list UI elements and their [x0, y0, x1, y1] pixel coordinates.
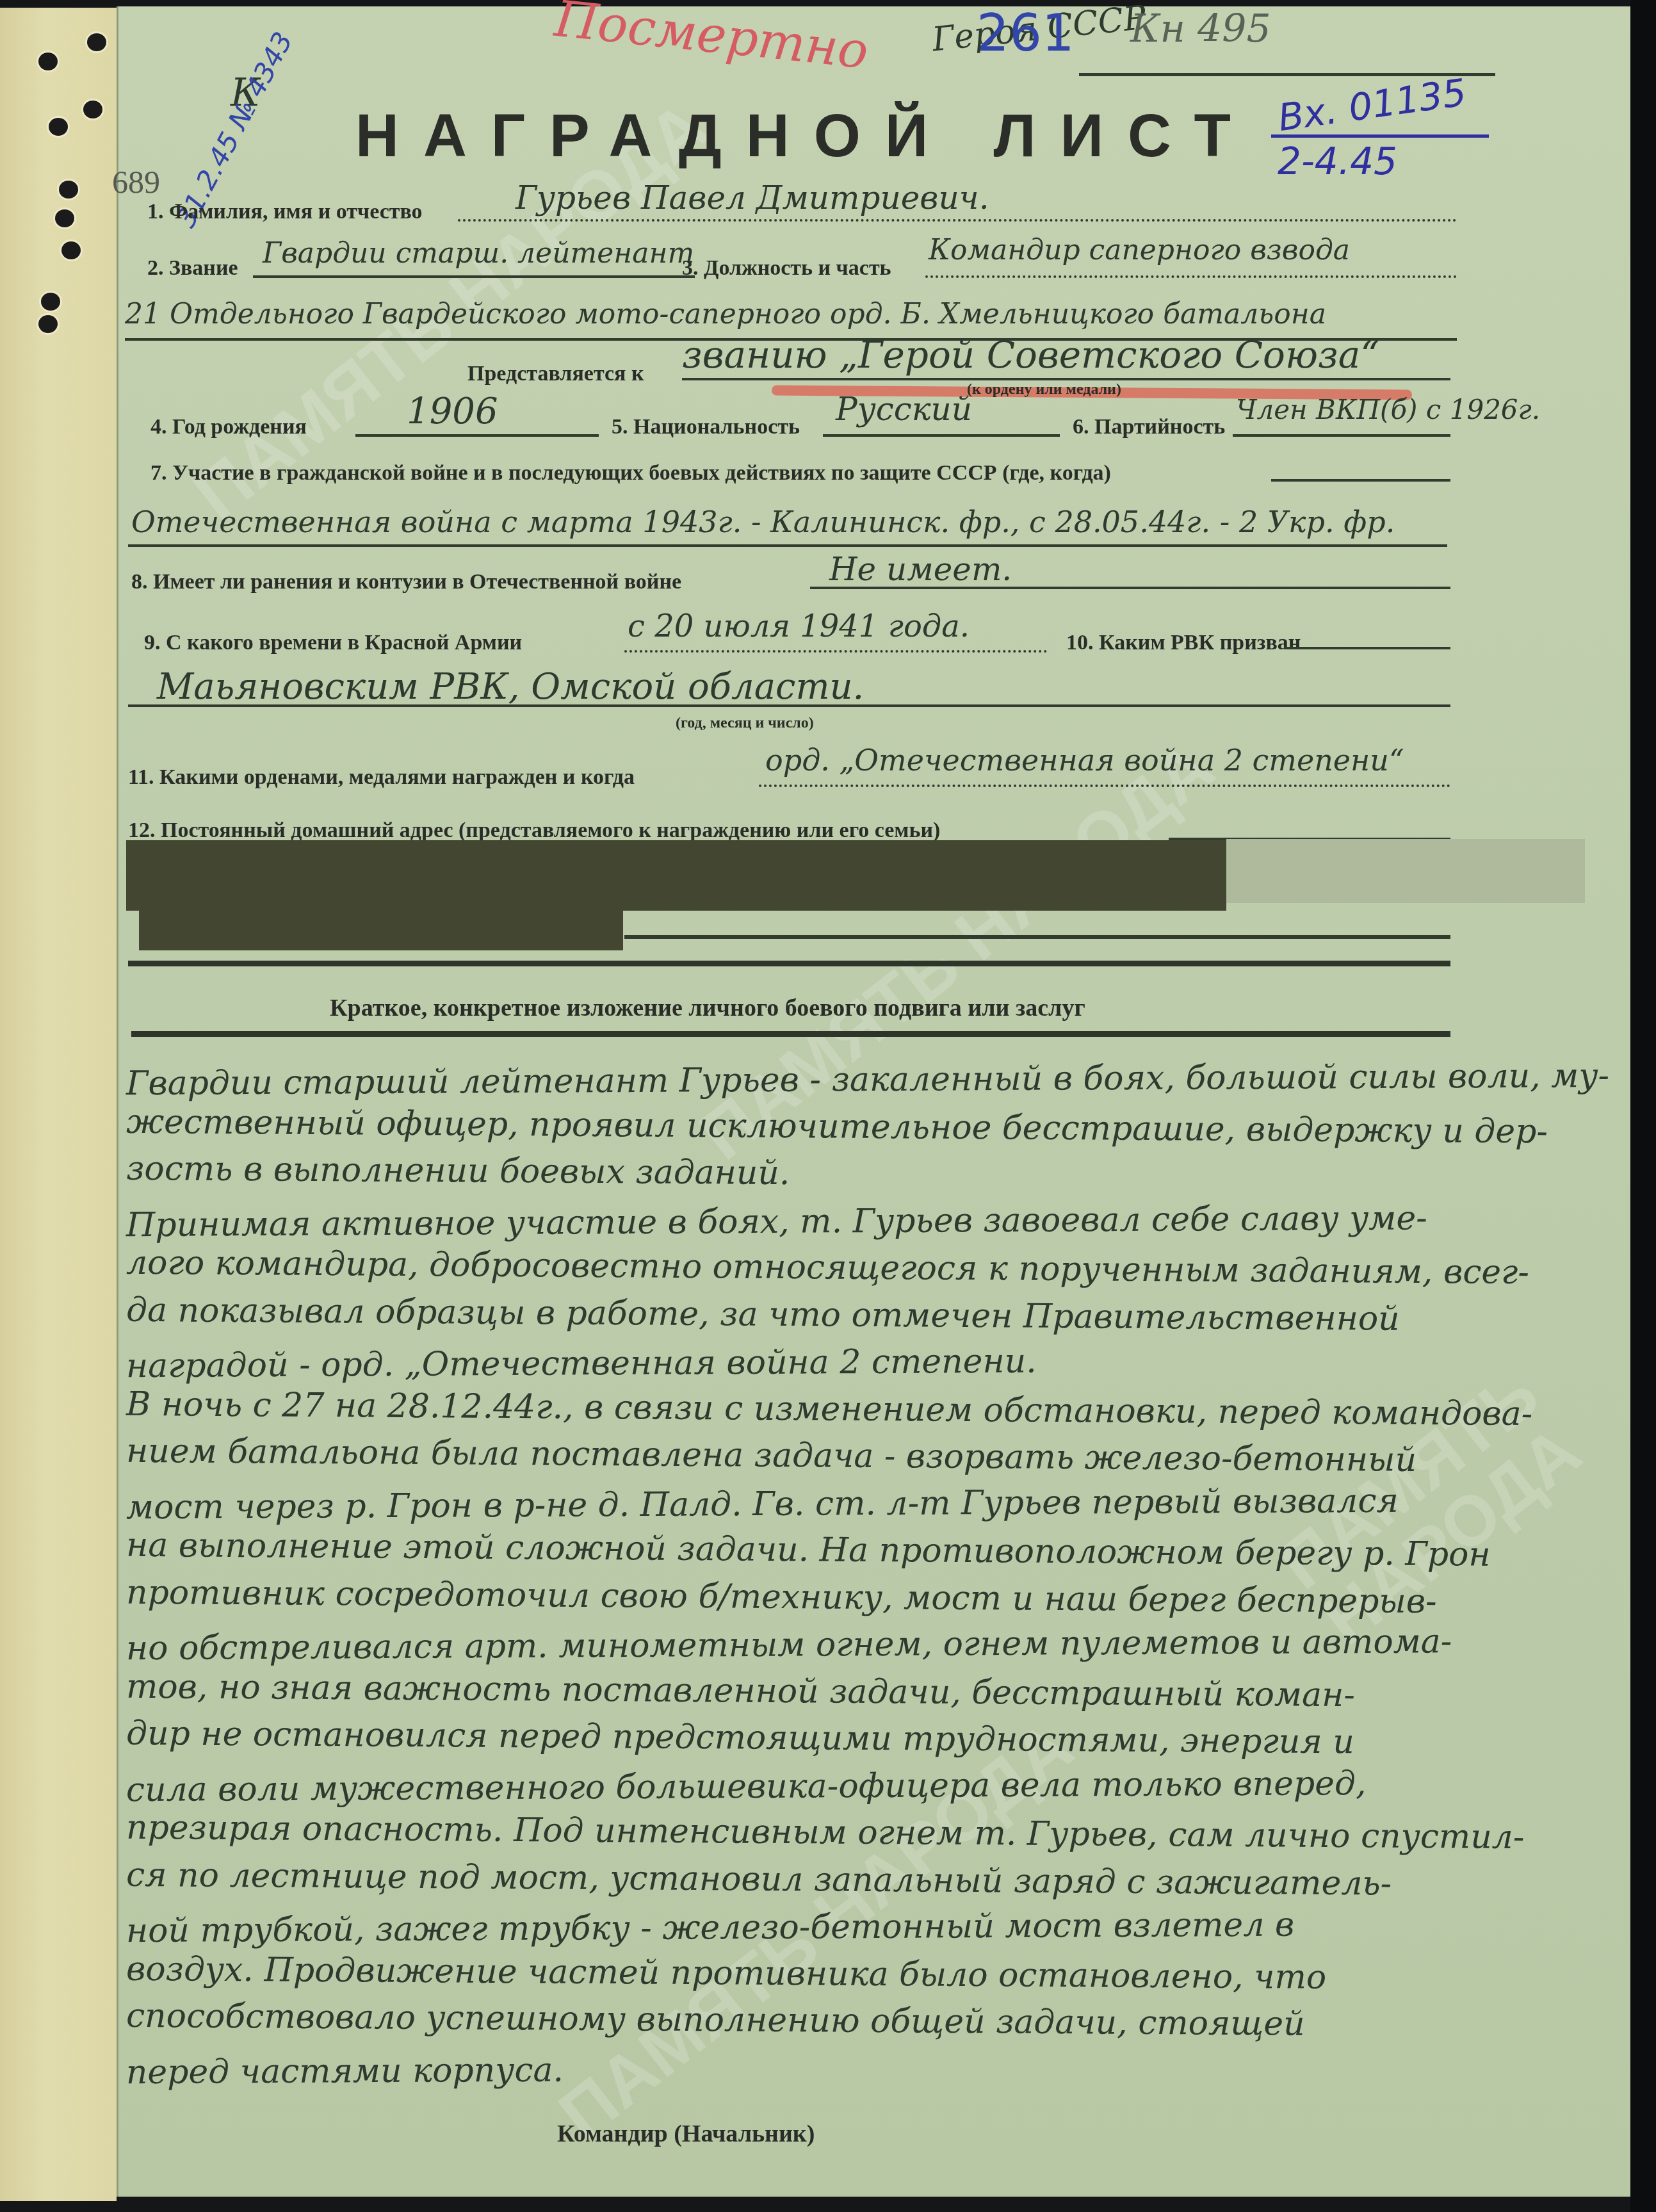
section-rule-top [128, 961, 1450, 966]
field-4-rule [355, 434, 599, 437]
field-1-label: 1. Фамилия, имя и отчество [147, 200, 423, 224]
presented-rule [682, 378, 1450, 380]
field-9-since[interactable]: с 20 июля 1941 года. [628, 608, 970, 644]
page-number: 689 [112, 163, 160, 200]
narrative-line: перед частями корпуса. [126, 2047, 1625, 2102]
presented-label: Представляется к [467, 362, 644, 386]
narrative-line: да показывал образцы в работе, за что от… [126, 1293, 1625, 1351]
field-8-label: 8. Имеет ли ранения и контузии в Отечест… [131, 570, 681, 594]
narrative-line: дир не остановился перед предстоящими тр… [126, 1717, 1625, 1775]
field-11-awards[interactable]: орд. „Отечественная война 2 степени“ [765, 743, 1404, 777]
narrative-line: нием батальона была поставлена задача - … [126, 1435, 1625, 1492]
punch-hole [55, 209, 74, 227]
field-4-year[interactable]: 1906 [407, 391, 498, 432]
field-10-rvk[interactable]: Маьяновским РВК, Омской области. [157, 666, 864, 708]
field-10-rule [1284, 647, 1450, 649]
field-2-rank[interactable]: Гвардии старш. лейтенант [263, 237, 694, 270]
field-3-position[interactable]: Командир саперного взвода [929, 234, 1350, 266]
punch-hole [49, 118, 68, 136]
field-12-label: 12. Постоянный домашний адрес (представл… [128, 818, 940, 843]
redacted-address-2 [139, 911, 623, 950]
redacted-address-light [1226, 839, 1585, 903]
field-10-hint: (год, месяц и число) [676, 715, 814, 732]
field-2-rule [253, 275, 695, 278]
field-11-label: 11. Какими орденами, медалями награжден … [128, 765, 635, 790]
field-3-unit[interactable]: 21 Отдельного Гвардейского мото-саперног… [125, 298, 1326, 330]
incoming-date: 2-4.45 [1278, 140, 1397, 183]
binding-strip [0, 8, 117, 2201]
redacted-address [126, 840, 1226, 911]
presented-award[interactable]: званию „Герой Советского Союза“ [682, 333, 1379, 377]
field-11-rule [759, 785, 1450, 787]
document-title: НАГРАДНОЙ ЛИСТ [355, 101, 1255, 170]
field-5-rule [823, 434, 1060, 437]
section-rule-bottom [131, 1031, 1450, 1037]
field-9-rule [624, 650, 1047, 653]
field-3-label: 3. Должность и часть [682, 256, 891, 281]
punch-hole [41, 293, 60, 311]
narrative-line: способствовало успешному выполнению обще… [126, 1999, 1625, 2057]
punch-hole [61, 241, 81, 259]
field-9-label: 9. С какого времени в Красной Армии [144, 631, 522, 655]
incoming-number: Вх. 01135 [1276, 70, 1469, 140]
field-6-label: 6. Партийность [1073, 415, 1225, 439]
pencil-number: Кн 495 [1130, 6, 1271, 51]
incoming-rule [1271, 134, 1489, 138]
field-4-label: 4. Год рождения [150, 415, 307, 439]
section-title: Краткое, конкретное изложение личного бо… [330, 994, 1085, 1022]
field-2-label: 2. Звание [147, 256, 238, 281]
presented-hint: (к ордену или медали) [967, 381, 1121, 398]
punch-hole [87, 33, 106, 51]
field-1-rule [458, 219, 1457, 222]
narrative-text: Гвардии старший лейтенант Гурьев - закал… [126, 1063, 1625, 2099]
narrative-line: ся по лестнице под мост, установил запал… [126, 1858, 1625, 1915]
field-10-label: 10. Каким РВК призван [1066, 631, 1301, 655]
punch-hole [38, 53, 58, 70]
signature-label: Командир (Начальник) [557, 2120, 815, 2148]
blue-number: 261 [977, 3, 1075, 63]
scan-edge [1630, 0, 1656, 2212]
field-7-service[interactable]: Отечественная война с марта 1943г. - Кал… [131, 505, 1395, 539]
field-1-name[interactable]: Гурьев Павел Дмитриевич. [515, 179, 989, 216]
punch-hole [38, 315, 58, 333]
field-3-rule [925, 275, 1457, 278]
field-6-rule [1233, 434, 1450, 437]
field-7-rule-2 [128, 544, 1447, 547]
field-8-wounds[interactable]: Не имеет. [829, 551, 1012, 588]
field-12-rule-2 [624, 935, 1450, 939]
field-5-nationality[interactable]: Русский [836, 391, 972, 428]
field-5-label: 5. Национальность [612, 415, 800, 439]
field-6-party[interactable]: Член ВКП(б) с 1926г. [1236, 394, 1540, 425]
field-7-label: 7. Участие в гражданской войне и в после… [150, 461, 1111, 485]
posthumous-note: Посмертно [552, 0, 871, 80]
field-7-rule [1271, 479, 1450, 482]
award-sheet: ПАМЯТЬ НАРОДА ПАМЯТЬ НАРОДА ПАМЯТЬ НАРОД… [117, 6, 1646, 2197]
punch-hole [59, 181, 78, 199]
punch-hole [83, 101, 102, 118]
